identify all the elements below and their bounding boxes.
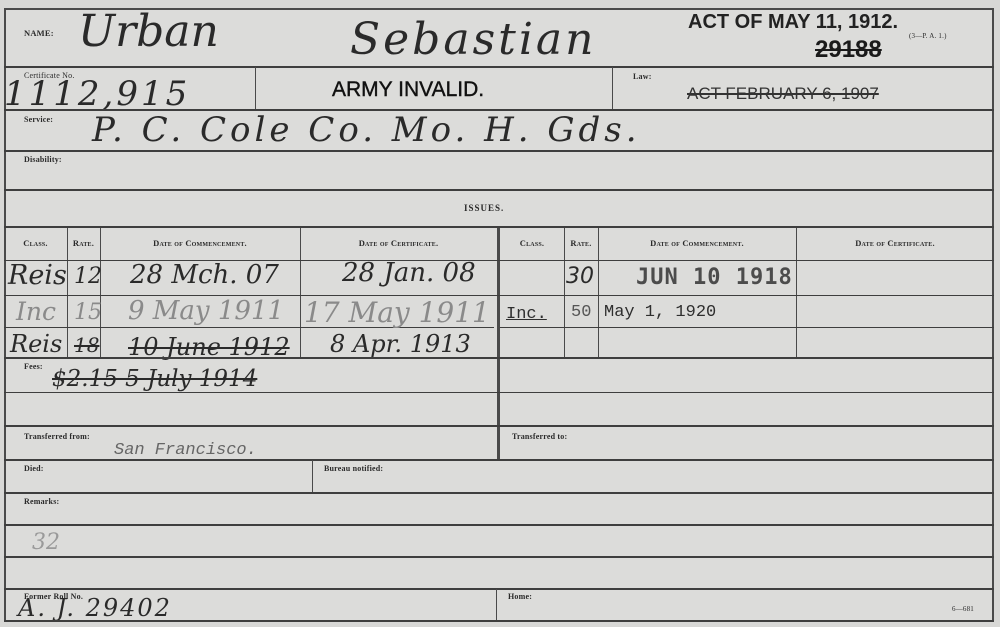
divider [4, 189, 994, 191]
divider [4, 150, 994, 152]
divider [496, 589, 497, 622]
pension-type: ARMY INVALID. [332, 78, 484, 102]
issue-rate: 50 [571, 303, 591, 322]
divider [4, 392, 994, 393]
issue-certificate-date: 17 May 1911 [304, 296, 490, 329]
divider [612, 67, 613, 109]
service-value: P. C. Cole Co. Mo. H. Gds. [92, 110, 641, 150]
issue-commencement: 9 May 1911 [128, 296, 284, 326]
divider [500, 327, 994, 328]
issue-commencement-stamp: JUN 10 1918 [636, 265, 793, 290]
commencement-header: Date of Commencement. [598, 238, 796, 248]
divider [4, 524, 994, 526]
home-label: Home: [508, 592, 532, 601]
issue-certificate-date: 28 Jan. 08 [342, 258, 476, 288]
disability-label: Disability: [24, 155, 62, 164]
given-name-value: Sebastian [350, 14, 596, 65]
class-header: Class. [500, 238, 564, 248]
divider [4, 620, 994, 622]
rate-header: Rate. [564, 238, 598, 248]
issue-class: Reis [10, 330, 62, 358]
fees-label: Fees: [24, 362, 43, 371]
divider [4, 66, 994, 68]
divider [4, 492, 994, 494]
fees-value: $2.15 5 July 1914 [52, 366, 257, 392]
issues-heading: ISSUES. [464, 203, 504, 213]
former-roll-no-value: A. J. 29402 [18, 594, 172, 622]
transferred-from-value: San Francisco. [114, 441, 257, 460]
divider [4, 425, 994, 427]
died-label: Died: [24, 464, 44, 473]
bureau-notified-label: Bureau notified: [324, 464, 383, 473]
certificate-date-header: Date of Certificate. [300, 238, 497, 248]
remarks-faint-note: 32 [32, 530, 60, 555]
service-label: Service: [24, 115, 53, 124]
commencement-header: Date of Commencement. [100, 238, 300, 248]
act-code: (3—P. A. 1.) [909, 32, 947, 40]
issue-commencement: May 1, 1920 [604, 303, 716, 322]
issue-rate: 30 [566, 264, 594, 289]
divider [4, 357, 994, 359]
transferred-to-label: Transferred to: [512, 432, 567, 441]
law-struck: ACT FEBRUARY 6, 1907 [687, 84, 879, 104]
divider [312, 460, 313, 493]
act-header: ACT OF MAY 11, 1912. [688, 11, 898, 34]
issue-rate: 12 [74, 264, 102, 289]
issue-class: Reis [8, 260, 67, 291]
form-number: 6—681 [952, 605, 974, 613]
certificate-no-value: 1112,915 [4, 74, 190, 114]
issue-certificate-date: 8 Apr. 1913 [330, 330, 471, 358]
divider [4, 588, 994, 590]
issue-commencement: 28 Mch. 07 [130, 260, 279, 290]
name-label: NAME: [24, 28, 54, 38]
divider [4, 459, 994, 461]
class-header: Class. [4, 238, 67, 248]
issue-class: Inc. [506, 305, 547, 324]
issue-class: Inc [16, 297, 56, 326]
certificate-date-header: Date of Certificate. [796, 238, 994, 248]
issue-rate: 18 [74, 333, 99, 357]
remarks-label: Remarks: [24, 497, 59, 506]
issue-rate: 15 [74, 300, 102, 325]
act-number-struck: 29188 [815, 36, 882, 64]
surname-value: Urban [78, 6, 219, 57]
divider [255, 67, 256, 109]
rate-header: Rate. [67, 238, 100, 248]
divider [4, 556, 994, 558]
law-label: Law: [633, 72, 652, 81]
transferred-from-label: Transferred from: [24, 432, 90, 441]
